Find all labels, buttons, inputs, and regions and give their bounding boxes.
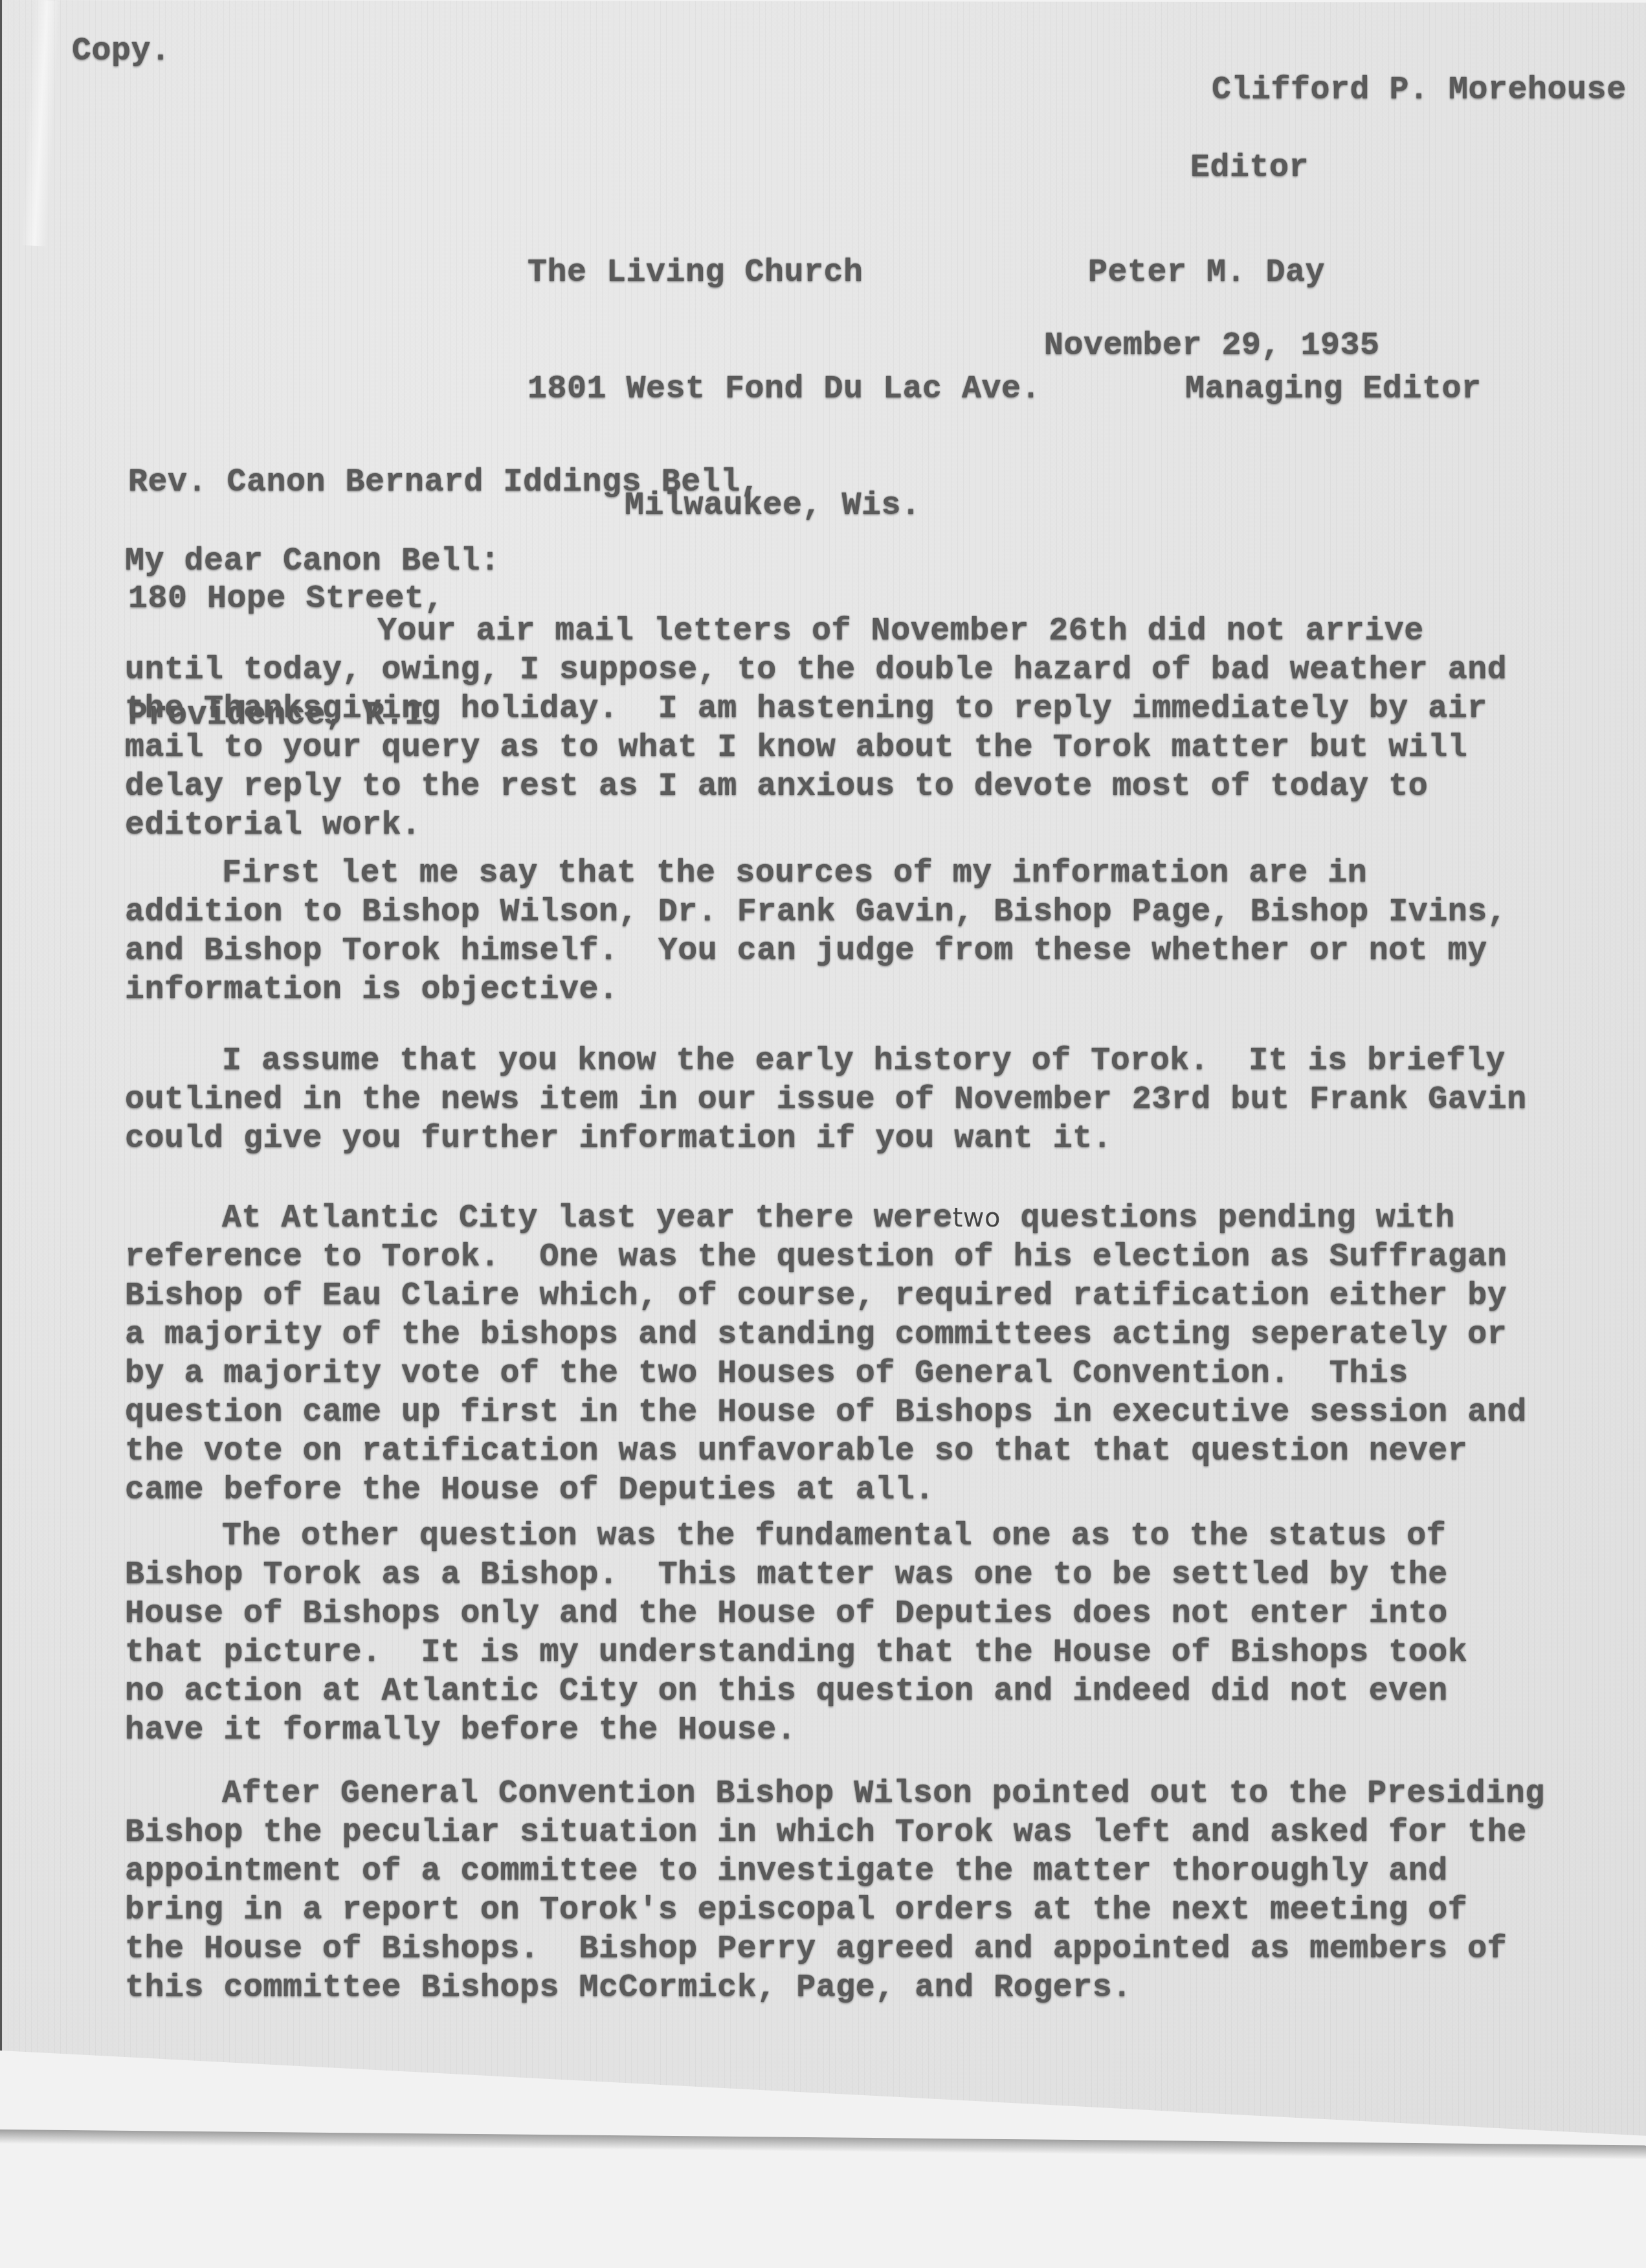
- scan-bed: Copy. Clifford P. Morehouse Editor The L…: [0, 0, 1646, 2268]
- paragraph-line: that picture. It is my understanding tha…: [125, 1634, 1467, 1673]
- paragraph-2: First let me say that the sources of my …: [125, 854, 1507, 1010]
- paragraph-line: House of Bishops only and the House of D…: [125, 1595, 1467, 1634]
- managing-editor-title: Managing Editor: [1088, 370, 1482, 409]
- paragraph-6: After General Convention Bishop Wilson p…: [125, 1775, 1545, 2008]
- paragraph-line: delay reply to the rest as I am anxious …: [125, 768, 1507, 806]
- paragraph-line: Bishop the peculiar situation in which T…: [125, 1814, 1545, 1852]
- fold-crease: [21, 0, 60, 247]
- paragraph-line: At Atlantic City last year there weretwo…: [125, 1199, 1527, 1238]
- paragraph-4: At Atlantic City last year there weretwo…: [125, 1199, 1527, 1510]
- paragraph-1: Your air mail letters of November 26th d…: [125, 612, 1507, 845]
- paragraph-3: I assume that you know the early history…: [125, 1042, 1527, 1159]
- paragraph-line: mail to your query as to what I know abo…: [125, 729, 1507, 768]
- paragraph-line: the vote on ratification was unfavorable…: [125, 1432, 1527, 1471]
- paragraph-line: came before the House of Deputies at all…: [125, 1471, 1527, 1510]
- paragraph-line: outlined in the news item in our issue o…: [125, 1081, 1527, 1120]
- paragraph-line: question came up first in the House of B…: [125, 1394, 1527, 1432]
- copy-mark: Copy.: [72, 32, 171, 71]
- paragraph-line: I assume that you know the early history…: [125, 1042, 1527, 1081]
- paragraph-line: bring in a report on Torok's episcopal o…: [125, 1891, 1545, 1930]
- paragraph-line: have it formally before the House.: [125, 1711, 1467, 1750]
- paragraph-line: Bishop of Eau Claire which, of course, r…: [125, 1277, 1527, 1316]
- page-edge-shadow: [0, 2129, 1646, 2159]
- inserted-word: two: [953, 1203, 1001, 1233]
- letter-date: November 29, 1935: [1044, 327, 1380, 366]
- paragraph-line: by a majority vote of the two Houses of …: [125, 1355, 1527, 1394]
- paragraph-line: and Bishop Torok himself. You can judge …: [125, 932, 1507, 971]
- letter-page: Copy. Clifford P. Morehouse Editor The L…: [0, 0, 1646, 2136]
- paragraph-line: the House of Bishops. Bishop Perry agree…: [125, 1930, 1545, 1969]
- paragraph-line: information is objective.: [125, 971, 1507, 1010]
- paragraph-line: Your air mail letters of November 26th d…: [125, 612, 1507, 651]
- publication-name: The Living Church: [528, 254, 1041, 293]
- paragraph-line: no action at Atlantic City on this quest…: [125, 1673, 1467, 1711]
- paragraph-line: After General Convention Bishop Wilson p…: [125, 1775, 1545, 1814]
- paragraph-line: editorial work.: [125, 806, 1507, 845]
- paragraph-line: The other question was the fundamental o…: [125, 1517, 1467, 1556]
- editor-name: Clifford P. Morehouse: [1212, 72, 1627, 109]
- recipient-name: Rev. Canon Bernard Iddings Bell,: [128, 463, 760, 502]
- paragraph-5: The other question was the fundamental o…: [125, 1517, 1467, 1750]
- paragraph-line: until today, owing, I suppose, to the do…: [125, 651, 1507, 690]
- paragraph-line: the Thanksgiving holiday. I am hastening…: [125, 690, 1507, 729]
- paragraph-line: this committee Bishops McCormick, Page, …: [125, 1969, 1545, 2008]
- paragraph-line: appointment of a committee to investigat…: [125, 1852, 1545, 1891]
- paragraph-line: addition to Bishop Wilson, Dr. Frank Gav…: [125, 893, 1507, 932]
- managing-editor-name: Peter M. Day: [1088, 254, 1482, 293]
- paragraph-line: could give you further information if yo…: [125, 1120, 1527, 1159]
- salutation: My dear Canon Bell:: [125, 542, 500, 581]
- paragraph-line: a majority of the bishops and standing c…: [125, 1316, 1527, 1355]
- paragraph-line: First let me say that the sources of my …: [125, 854, 1507, 893]
- paragraph-line: Bishop Torok as a Bishop. This matter wa…: [125, 1556, 1467, 1595]
- paragraph-line: reference to Torok. One was the question…: [125, 1238, 1527, 1277]
